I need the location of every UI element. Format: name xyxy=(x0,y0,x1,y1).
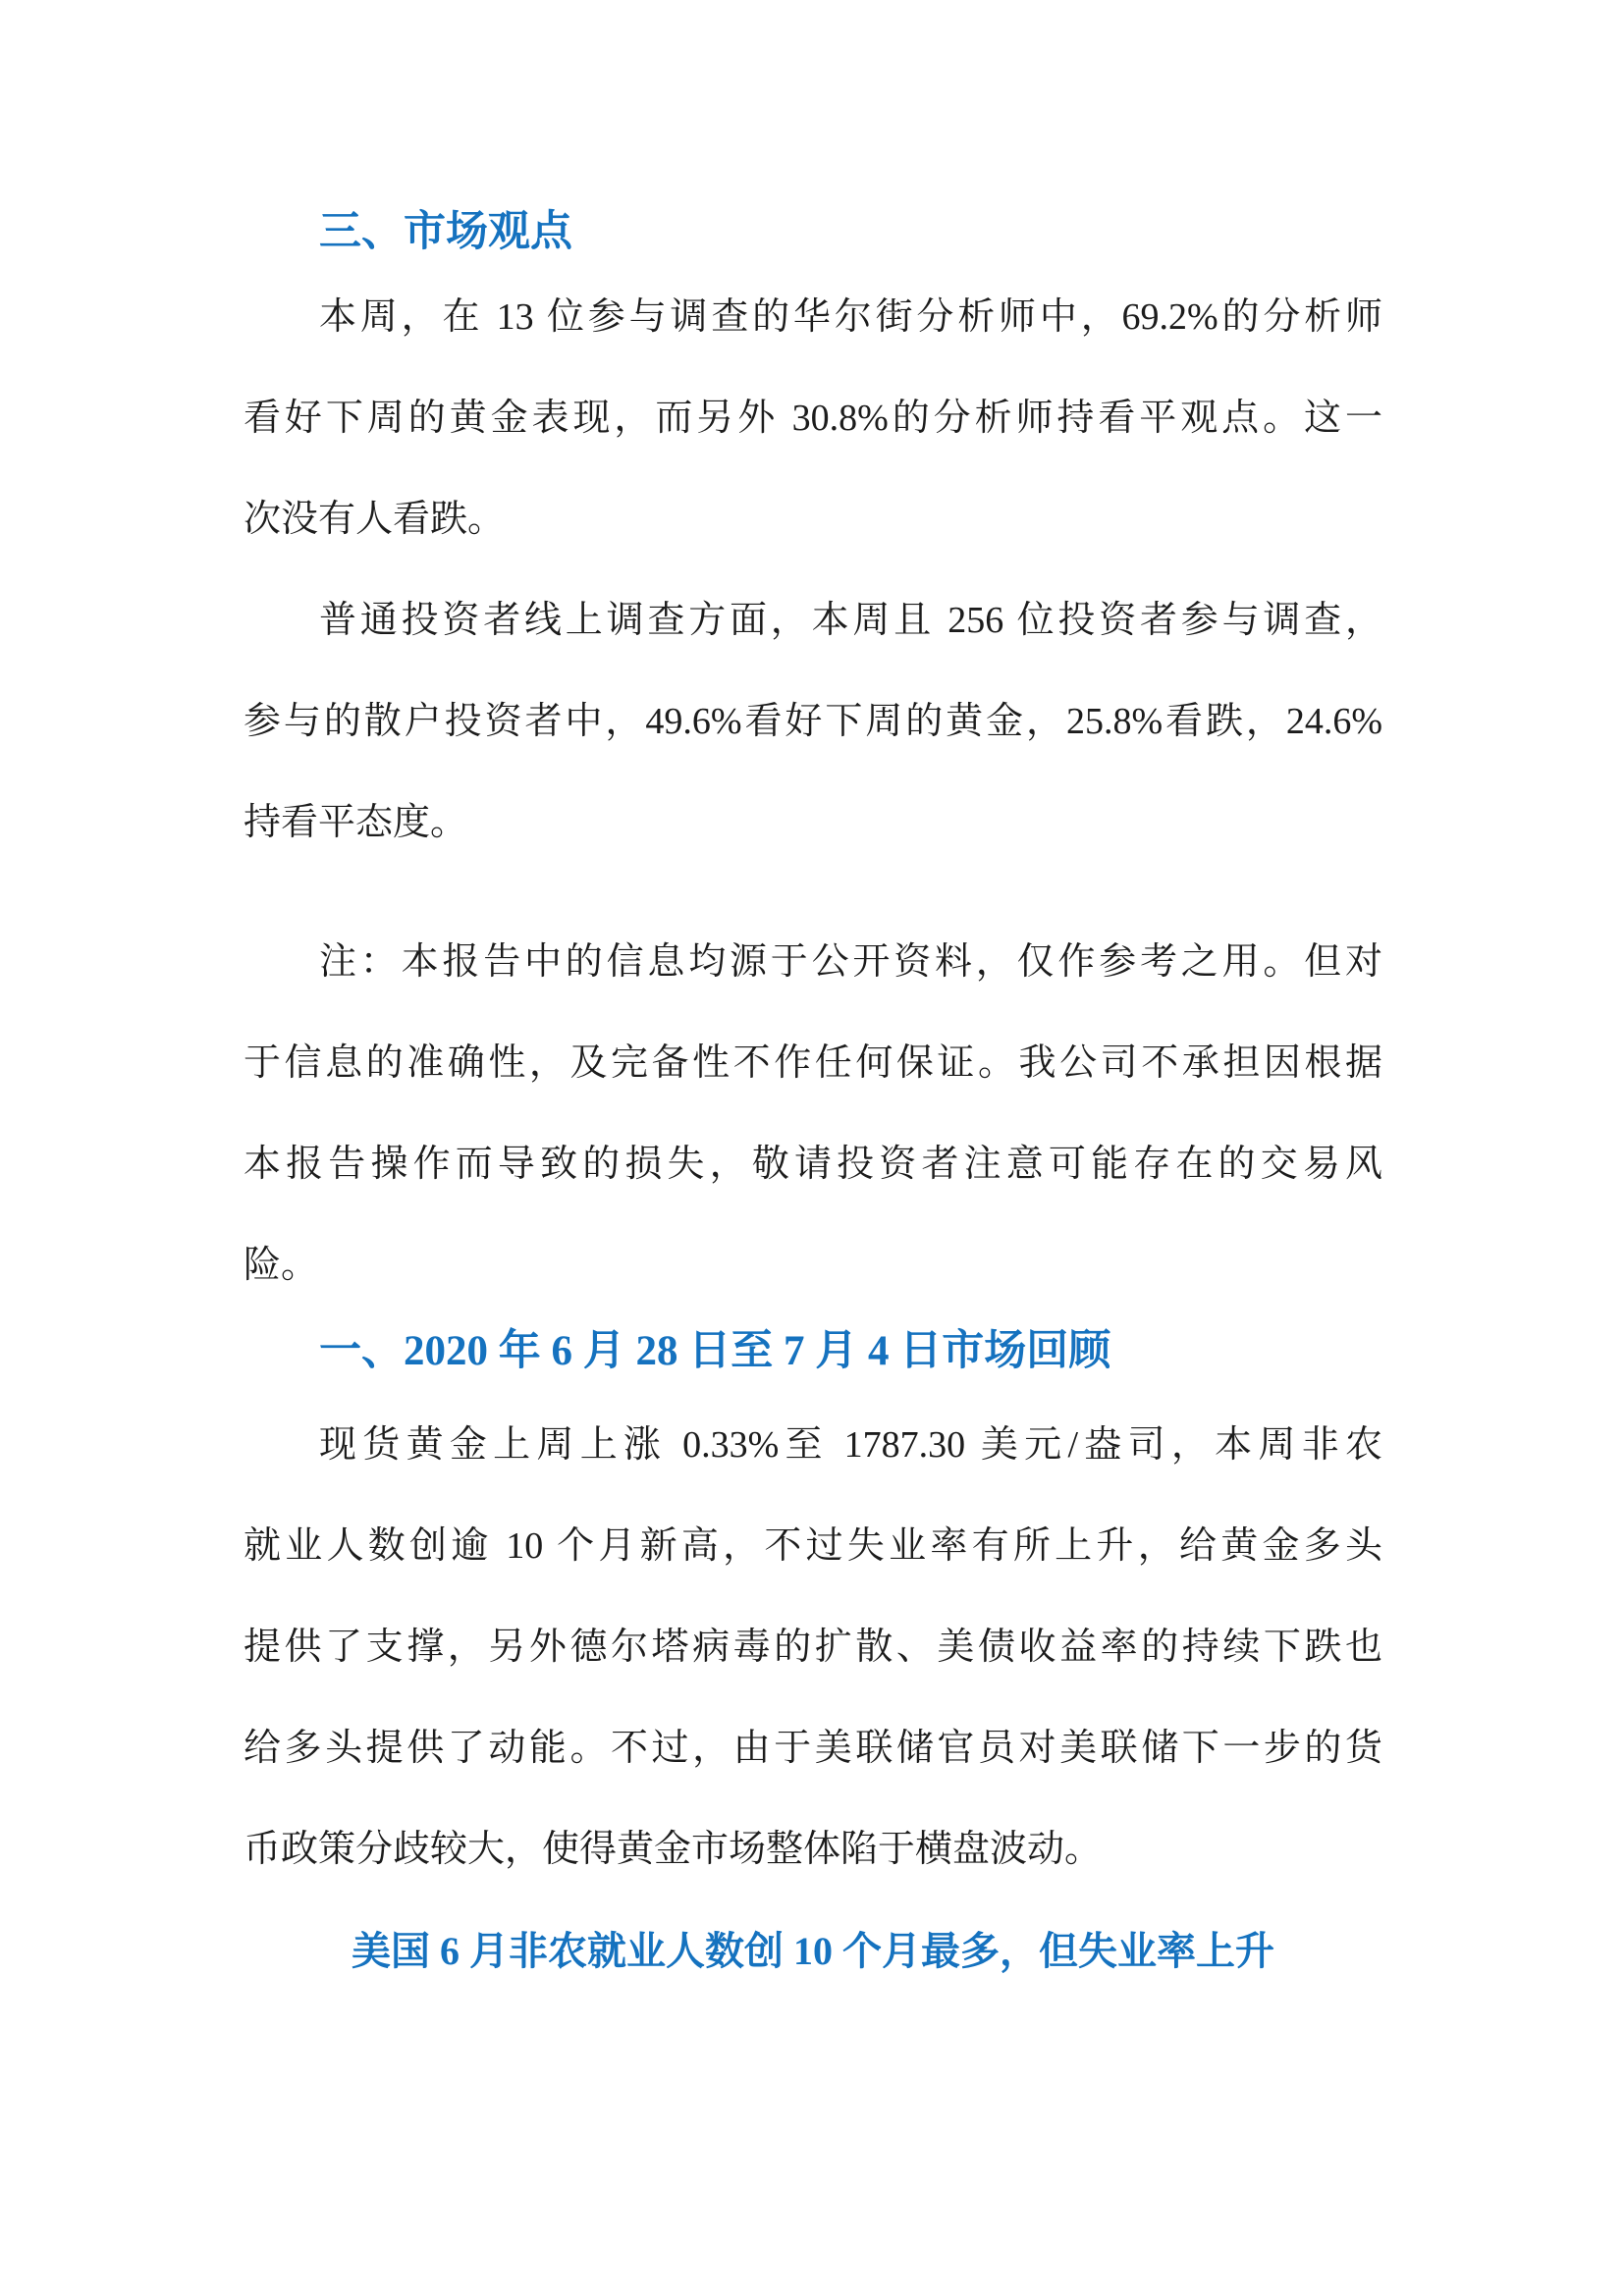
nonfarm-subheading: 美国 6 月非农就业人数创 10 个月最多，但失业率上升 xyxy=(244,1900,1382,2002)
text-line: 持看平态度。 xyxy=(244,773,1382,874)
text-line: 本周，在 13 位参与调查的华尔街分析师中，69.2%的分析师 xyxy=(244,267,1382,368)
text-line: 就业人数创逾 10 个月新高，不过失业率有所上升，给黄金多头 xyxy=(244,1496,1382,1597)
text-line: 币政策分歧较大，使得黄金市场整体陷于横盘波动。 xyxy=(244,1799,1382,1900)
document-page: { "page": { "background": "#ffffff", "bo… xyxy=(0,0,1624,2296)
retail-survey-paragraph: 普通投资者线上调查方面，本周且 256 位投资者参与调查，参与的散户投资者中，4… xyxy=(244,570,1382,874)
text-line: 普通投资者线上调查方面，本周且 256 位投资者参与调查， xyxy=(244,570,1382,671)
disclaimer-paragraph: 注：本报告中的信息均源于公开资料，仅作参考之用。但对于信息的准确性，及完备性不作… xyxy=(244,912,1382,1316)
text-line: 注：本报告中的信息均源于公开资料，仅作参考之用。但对 xyxy=(244,912,1382,1013)
text-line: 于信息的准确性，及完备性不作任何保证。我公司不承担因根据 xyxy=(244,1013,1382,1114)
market-view-heading: 三、市场观点 xyxy=(244,205,1382,260)
text-line: 给多头提供了动能。不过，由于美联储官员对美联储下一步的货 xyxy=(244,1698,1382,1799)
text-line: 险。 xyxy=(244,1215,1382,1316)
text-line: 现货黄金上周上涨 0.33%至 1787.30 美元/盎司，本周非农 xyxy=(244,1395,1382,1496)
text-line: 本报告操作而导致的损失，敬请投资者注意可能存在的交易风 xyxy=(244,1114,1382,1215)
text-line: 参与的散户投资者中，49.6%看好下周的黄金，25.8%看跌，24.6% xyxy=(244,671,1382,773)
text-line: 看好下周的黄金表现，而另外 30.8%的分析师持看平观点。这一 xyxy=(244,368,1382,469)
document-content: 三、市场观点本周，在 13 位参与调查的华尔街分析师中，69.2%的分析师看好下… xyxy=(244,0,1382,2002)
market-review-paragraph: 现货黄金上周上涨 0.33%至 1787.30 美元/盎司，本周非农就业人数创逾… xyxy=(244,1395,1382,1900)
market-review-heading: 一、2020 年 6 月 28 日至 7 月 4 日市场回顾 xyxy=(244,1324,1382,1379)
wallstreet-survey-paragraph: 本周，在 13 位参与调查的华尔街分析师中，69.2%的分析师看好下周的黄金表现… xyxy=(244,267,1382,570)
text-line: 次没有人看跌。 xyxy=(244,469,1382,570)
text-line: 提供了支撑，另外德尔塔病毒的扩散、美债收益率的持续下跌也 xyxy=(244,1597,1382,1698)
